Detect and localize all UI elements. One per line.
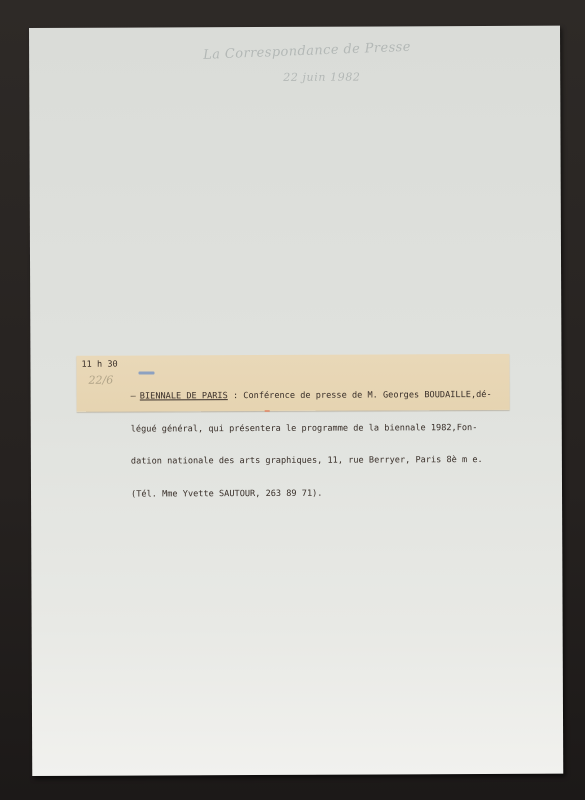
handwritten-clipping-date: 22/6 [89,376,114,387]
archive-sheet: La Correspondance de Presse 22 juin 1982… [29,26,563,776]
press-clipping: 11 h 30 22/6 –BIENNALE DE PARIS : Confér… [76,354,509,412]
dash: – [131,392,136,402]
clipping-line-1-text: : Conférence de presse de M. Georges BOU… [228,390,492,401]
red-speck-mark [265,410,270,412]
handwritten-source-note: La Correspondance de Presse [203,40,411,63]
clipping-line-2: légué général, qui présentera le program… [131,423,507,435]
handwritten-date-note: 22 juin 1982 [283,71,360,84]
clipping-line-3: dation nationale des arts graphiques, 11… [131,455,507,467]
event-time: 11 h 30 [81,360,117,371]
blue-pencil-mark [138,371,154,374]
clipping-headline: BIENNALE DE PARIS [140,392,228,402]
clipping-line-1: –BIENNALE DE PARIS : Conférence de press… [131,390,507,402]
clipping-text: –BIENNALE DE PARIS : Conférence de press… [130,358,507,522]
clipping-line-4: (Tél. Mme Yvette SAUTOUR, 263 89 71). [131,487,507,499]
